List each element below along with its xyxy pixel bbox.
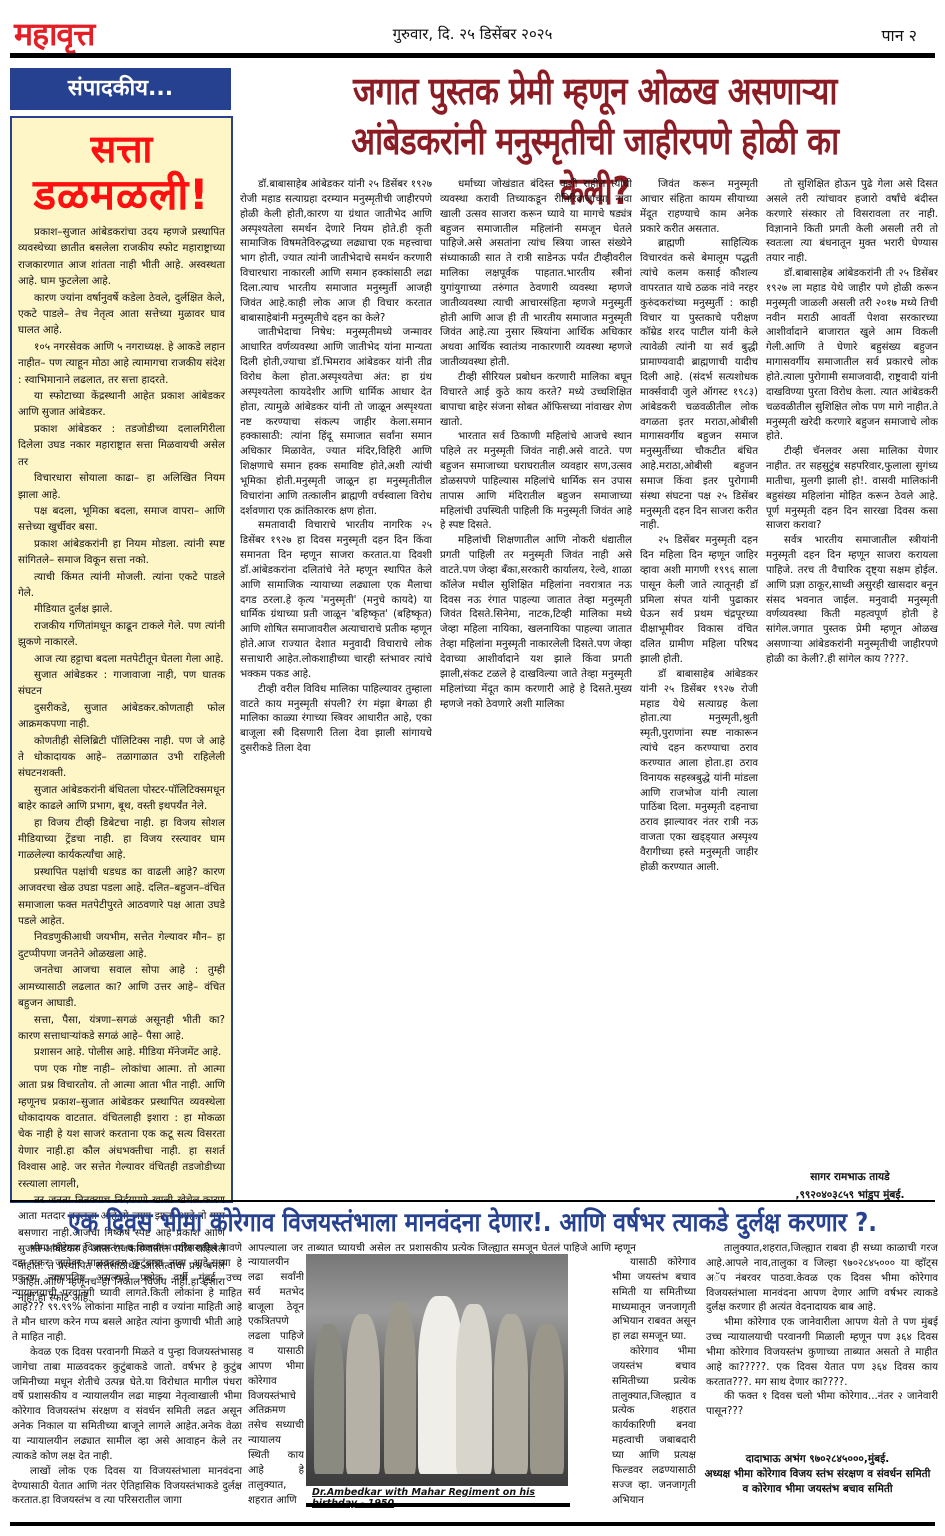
- main-article-paragraph: २५ डिसेंबर मनुस्मृती दहन दिन महिला दिन म…: [640, 534, 758, 668]
- second-article-col2-narrow: न्यायालयीन लढा सर्वांनी सर्व मतभेद बाजूल…: [248, 1256, 304, 1518]
- byline-name: सागर रामभाऊ तायडे: [760, 1168, 940, 1186]
- editorial-paragraph: सत्ता, पैसा, यंत्रणा–सगळं असूनही भीती का…: [18, 1012, 225, 1045]
- main-article-paragraph: तो सुशिक्षित होऊन पुढे गेला असे दिसत असल…: [766, 178, 938, 267]
- second-article-column-4: तालुक्यात,शहरात,जिल्ह्यात राबवा ही सध्या…: [706, 1242, 938, 1452]
- editorial-paragraph: प्रकाश आंबेडकर : तडजोडीच्या दलालगिरीला द…: [18, 421, 225, 470]
- main-article-paragraph: टीव्ही चॅनलवर असा मालिका येणार नाहीत. तर…: [766, 445, 938, 534]
- editorial-paragraph: दुसरीकडे, सुजात आंबेडकर.कोणताही फोल आक्र…: [18, 700, 225, 733]
- signature-name: दादाभाऊ अभंग ९७०२८४५०००,मुंबई.: [700, 1452, 935, 1467]
- main-article-paragraph: जिवंत करून मनुस्मृती आचार संहिता कायम सी…: [640, 178, 758, 237]
- second-article-paragraph: तालुक्यात,शहरात,जिल्ह्यात राबवा ही सध्या…: [706, 1242, 938, 1316]
- editorial-paragraph: हा विजय टीव्ही डिबेटचा नाही. हा विजय सोश…: [18, 815, 225, 864]
- second-article-paragraph: भीमा कोरेगाव विजयस्तंभ व विजयतंभ परिसरात…: [12, 1242, 242, 1346]
- signature-title: अध्यक्ष भीमा कोरेगाव विजय स्तंभ संरक्षण …: [700, 1467, 935, 1497]
- second-article-paragraph: लाखों लोक एक दिवस या विजयस्तंभाला मानवंद…: [12, 1465, 242, 1510]
- dateline: गुरुवार, दि. २५ डिसेंबर २०२५: [10, 24, 935, 44]
- editorial-paragraph: जनतेचा आजचा सवाल सोपा आहे : तुम्ही आमच्य…: [18, 962, 225, 1011]
- main-article-paragraph: भारतात सर्व ठिकाणी महिलांचे आजचे स्थान प…: [440, 430, 632, 534]
- col3-para-1: यासाठी कोरेगाव भीमा जयस्तंभ बचाव समिती य…: [612, 1256, 696, 1345]
- editorial-paragraph: प्रशासन आहे. पोलीस आहे. मीडिया मॅनेजमेंट…: [18, 1044, 225, 1060]
- editorial-title-line2: डळमळली!: [12, 172, 231, 218]
- editorial-paragraph: त्याची किंमत त्यांनी मोजली. त्यांना एकटे…: [18, 569, 225, 602]
- editorial-paragraph: प्रस्थापित पक्षांची धडधड का वाढली आहे? क…: [18, 864, 225, 930]
- main-article-paragraph: जातीभेदाचा निषेध: मनुस्मृतीमध्ये जन्मावर…: [240, 326, 432, 519]
- editorial-body: प्रकाश–सुजात आंबेडकरांचा उदय म्हणजे प्रस…: [12, 218, 231, 1307]
- editorial-paragraph: प्रकाश–सुजात आंबेडकरांचा उदय म्हणजे प्रस…: [18, 224, 225, 290]
- second-article-col3-narrow: यासाठी कोरेगाव भीमा जयस्तंभ बचाव समिती य…: [612, 1256, 696, 1522]
- second-headline: एक दिवस भीमा कोरेगाव विजयस्तंभाला मानवंद…: [66, 1206, 880, 1240]
- editorial-paragraph: राजकीय गणितांमधून काढून टाकले गेले. पण त…: [18, 618, 225, 651]
- editorial-paragraph: १०५ नगरसेवक आणि ५ नगराध्यक्ष. हे आकडे लह…: [18, 339, 225, 388]
- masthead: महावृत्त गुरुवार, दि. २५ डिसेंबर २०२५ पा…: [10, 10, 935, 52]
- main-article-paragraph: धर्माच्या जोखंडात बंदिस्त कशी राहील त्या…: [440, 178, 632, 371]
- top-rule-divider: [10, 53, 935, 58]
- caption-rule: [306, 1503, 570, 1507]
- main-article-paragraph: समतावादी विचाराचे भारतीय नागरिक २५ डिसें…: [240, 519, 432, 682]
- editorial-title: सत्ता डळमळली!: [12, 126, 231, 218]
- main-article-paragraph: टीव्ही सीरियल प्रबोधन करणारी मालिका बघून…: [440, 371, 632, 430]
- editorial-paragraph: पक्ष बदला, भूमिका बदला, समाज वापरा– आणि …: [18, 503, 225, 536]
- editorial-paragraph: विचारधारा सोयाला काढा– हा अलिखित नियम झा…: [18, 470, 225, 503]
- page-number: पान २: [881, 24, 917, 46]
- mid-rule-divider: [10, 1200, 935, 1202]
- main-article-paragraph: महिलांची शिक्षणातील आणि नोकरी धंद्यातील …: [440, 534, 632, 712]
- editorial-section-label: संपादकीय...: [10, 68, 231, 110]
- main-article-paragraph: टीव्ही वरील विविध मालिका पाहिल्यावर तुम्…: [240, 683, 432, 757]
- bottom-rule-divider: [10, 1522, 935, 1526]
- editorial-paragraph: पण एक गोष्ट नाही– लोकांचा आत्मा. तो आत्म…: [18, 1061, 225, 1192]
- editorial-paragraph: कोणतीही सेलिब्रिटी पॉलिटिक्स नाही. पण जे…: [18, 733, 225, 782]
- main-article-paragraph: डॉ.बाबासाहेब आंबेडकर यांनी २५ डिसेंबर १९…: [240, 178, 432, 326]
- main-article-byline: सागर रामभाऊ तायडे ,९९२०४०३८५९ भांडुप मुं…: [760, 1168, 940, 1204]
- main-article-column-4: तो सुशिक्षित होऊन पुढे गेला असे दिसत असल…: [766, 178, 938, 1158]
- editorial-paragraph: सुजात आंबेडकरांनी बंधितला पोस्टर-पॉलिटिक…: [18, 782, 225, 815]
- second-article-paragraph: भीमा कोरेगाव एक जानेवारीला आपण येतो ते प…: [706, 1316, 938, 1390]
- main-headline-line1: जगात पुस्तक प्रेमी म्हणून ओळख असणाऱ्या: [312, 66, 878, 116]
- editorial-paragraph: कारण ज्यांना वर्षानुवर्षे कडेला ठेवले, द…: [18, 290, 225, 339]
- main-article-column-2: धर्माच्या जोखंडात बंदिस्त कशी राहील त्या…: [440, 178, 632, 1198]
- second-article-signature: दादाभाऊ अभंग ९७०२८४५०००,मुंबई. अध्यक्ष भ…: [700, 1452, 935, 1497]
- editorial-paragraph: या स्फोटाच्या केंद्रस्थानी आहेत प्रकाश आ…: [18, 388, 225, 421]
- editorial-paragraph: प्रकाश आंबेडकरांनी हा नियम मोडला. त्यांन…: [18, 536, 225, 569]
- editorial-paragraph: मीडियात दुर्लक्ष झाले.: [18, 601, 225, 617]
- editorial-paragraph: निवडणुकीआधी जयभीम, सत्तेत गेल्यावर मौन– …: [18, 929, 225, 962]
- second-article-paragraph: की फक्त १ दिवस चलो भीमा कोरेगाव...नंतर २…: [706, 1390, 938, 1420]
- editorial-paragraph: आज त्या हट्टाचा बदला मतपेटीतून घेतला गेल…: [18, 651, 225, 667]
- main-article-paragraph: डॉ बाबासाहेब आंबेडकर यांनी २५ डिसेंबर १९…: [640, 668, 758, 876]
- editorial-paragraph: सुजात आंबेडकर : गाजावाजा नाही, पण घातक स…: [18, 667, 225, 700]
- photo-figures: [306, 1284, 568, 1474]
- second-article-column-1: भीमा कोरेगाव विजयस्तंभ व विजयतंभ परिसरात…: [12, 1242, 242, 1522]
- main-article-column-1: डॉ.बाबासाहेब आंबेडकर यांनी २५ डिसेंबर १९…: [240, 178, 432, 1198]
- editorial-box: सत्ता डळमळली! प्रकाश–सुजात आंबेडकरांचा उ…: [10, 116, 233, 1203]
- main-article-paragraph: सर्वत्र भारतीय समाजातील स्त्रीयांनी मनुस…: [766, 534, 938, 668]
- main-article-paragraph: ब्राह्मणी साहित्यिक विचारवंत कसे बेमालूम…: [640, 237, 758, 534]
- editorial-title-line1: सत्ता: [12, 126, 231, 172]
- second-article-paragraph: केवळ एक दिवस परवानगी मिळते व पुन्हा विजय…: [12, 1346, 242, 1465]
- main-article-paragraph: डॉ.बाबासाहेब आंबेडकरांनी ती २५ डिसेंबर १…: [766, 267, 938, 445]
- col3-para-2: कोरेगाव भीमा जयस्तंभ बचाव समितीच्या प्रत…: [612, 1345, 696, 1508]
- historic-photo: [306, 1254, 568, 1486]
- main-article-column-3: जिवंत करून मनुस्मृती आचार संहिता कायम सी…: [640, 178, 758, 1198]
